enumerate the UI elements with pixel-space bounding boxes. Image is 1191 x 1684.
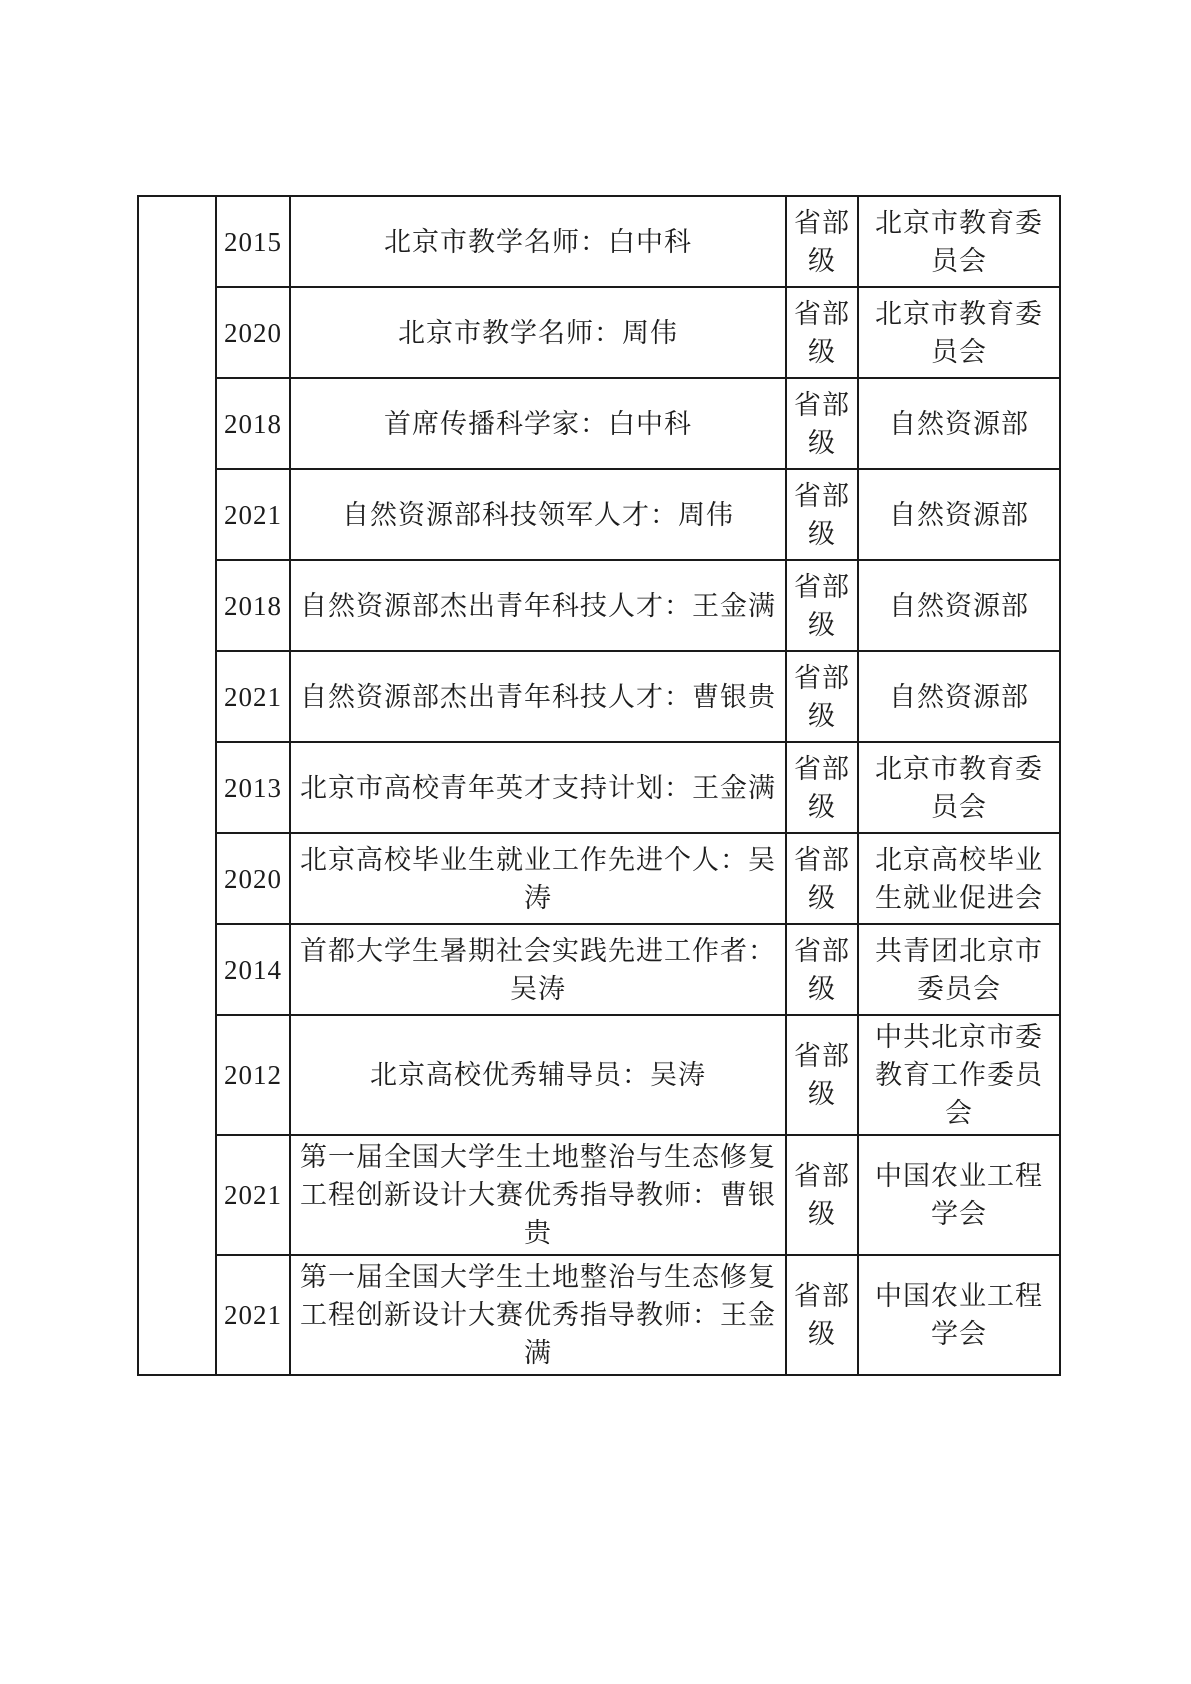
level-cell: 省部级 [786,742,858,833]
award-cell: 首席传播科学家：白中科 [290,378,786,469]
year-cell: 2012 [216,1015,290,1135]
org-cell: 中共北京市委教育工作委员会 [858,1015,1060,1135]
level-cell: 省部级 [786,560,858,651]
table-row: 2021第一届全国大学生土地整治与生态修复工程创新设计大赛优秀指导教师：王金满省… [138,1255,1060,1375]
award-cell: 自然资源部科技领军人才：周伟 [290,469,786,560]
award-cell: 北京高校毕业生就业工作先进个人：吴涛 [290,833,786,924]
org-cell: 自然资源部 [858,560,1060,651]
table-row: 2021自然资源部杰出青年科技人才：曹银贵省部级自然资源部 [138,651,1060,742]
award-cell: 第一届全国大学生土地整治与生态修复工程创新设计大赛优秀指导教师：王金满 [290,1255,786,1375]
org-cell: 共青团北京市委员会 [858,924,1060,1015]
level-cell: 省部级 [786,833,858,924]
awards-table: 2015北京市教学名师：白中科省部级北京市教育委员会2020北京市教学名师：周伟… [137,195,1061,1376]
year-cell: 2015 [216,196,290,287]
level-cell: 省部级 [786,196,858,287]
level-cell: 省部级 [786,1015,858,1135]
year-cell: 2018 [216,560,290,651]
org-cell: 自然资源部 [858,469,1060,560]
org-cell: 北京市教育委员会 [858,742,1060,833]
award-cell: 自然资源部杰出青年科技人才：曹银贵 [290,651,786,742]
year-cell: 2021 [216,651,290,742]
org-cell: 自然资源部 [858,651,1060,742]
level-cell: 省部级 [786,924,858,1015]
year-cell: 2018 [216,378,290,469]
org-cell: 中国农业工程学会 [858,1255,1060,1375]
table-row: 2020北京市教学名师：周伟省部级北京市教育委员会 [138,287,1060,378]
table-row: 2018自然资源部杰出青年科技人才：王金满省部级自然资源部 [138,560,1060,651]
org-cell: 自然资源部 [858,378,1060,469]
org-cell: 北京高校毕业生就业促进会 [858,833,1060,924]
award-cell: 首都大学生暑期社会实践先进工作者：吴涛 [290,924,786,1015]
level-cell: 省部级 [786,469,858,560]
award-cell: 北京市教学名师：周伟 [290,287,786,378]
level-cell: 省部级 [786,651,858,742]
year-cell: 2020 [216,287,290,378]
award-cell: 自然资源部杰出青年科技人才：王金满 [290,560,786,651]
org-cell: 中国农业工程学会 [858,1135,1060,1255]
award-cell: 北京市教学名师：白中科 [290,196,786,287]
level-cell: 省部级 [786,378,858,469]
table-row: 2012北京高校优秀辅导员：吴涛省部级中共北京市委教育工作委员会 [138,1015,1060,1135]
document-page: 2015北京市教学名师：白中科省部级北京市教育委员会2020北京市教学名师：周伟… [0,0,1191,1684]
year-cell: 2014 [216,924,290,1015]
table-row: 2013北京市高校青年英才支持计划：王金满省部级北京市教育委员会 [138,742,1060,833]
year-cell: 2020 [216,833,290,924]
table-row: 2014首都大学生暑期社会实践先进工作者：吴涛省部级共青团北京市委员会 [138,924,1060,1015]
org-cell: 北京市教育委员会 [858,196,1060,287]
year-cell: 2021 [216,1135,290,1255]
level-cell: 省部级 [786,287,858,378]
table-row: 2015北京市教学名师：白中科省部级北京市教育委员会 [138,196,1060,287]
year-cell: 2021 [216,469,290,560]
table-row: 2018首席传播科学家：白中科省部级自然资源部 [138,378,1060,469]
table-row: 2020北京高校毕业生就业工作先进个人：吴涛省部级北京高校毕业生就业促进会 [138,833,1060,924]
award-cell: 北京市高校青年英才支持计划：王金满 [290,742,786,833]
org-cell: 北京市教育委员会 [858,287,1060,378]
table-row: 2021第一届全国大学生土地整治与生态修复工程创新设计大赛优秀指导教师：曹银贵省… [138,1135,1060,1255]
award-cell: 北京高校优秀辅导员：吴涛 [290,1015,786,1135]
level-cell: 省部级 [786,1135,858,1255]
level-cell: 省部级 [786,1255,858,1375]
awards-table-body: 2015北京市教学名师：白中科省部级北京市教育委员会2020北京市教学名师：周伟… [138,196,1060,1375]
year-cell: 2013 [216,742,290,833]
table-row: 2021自然资源部科技领军人才：周伟省部级自然资源部 [138,469,1060,560]
award-cell: 第一届全国大学生土地整治与生态修复工程创新设计大赛优秀指导教师：曹银贵 [290,1135,786,1255]
year-cell: 2021 [216,1255,290,1375]
category-spacer-cell [138,196,216,1375]
